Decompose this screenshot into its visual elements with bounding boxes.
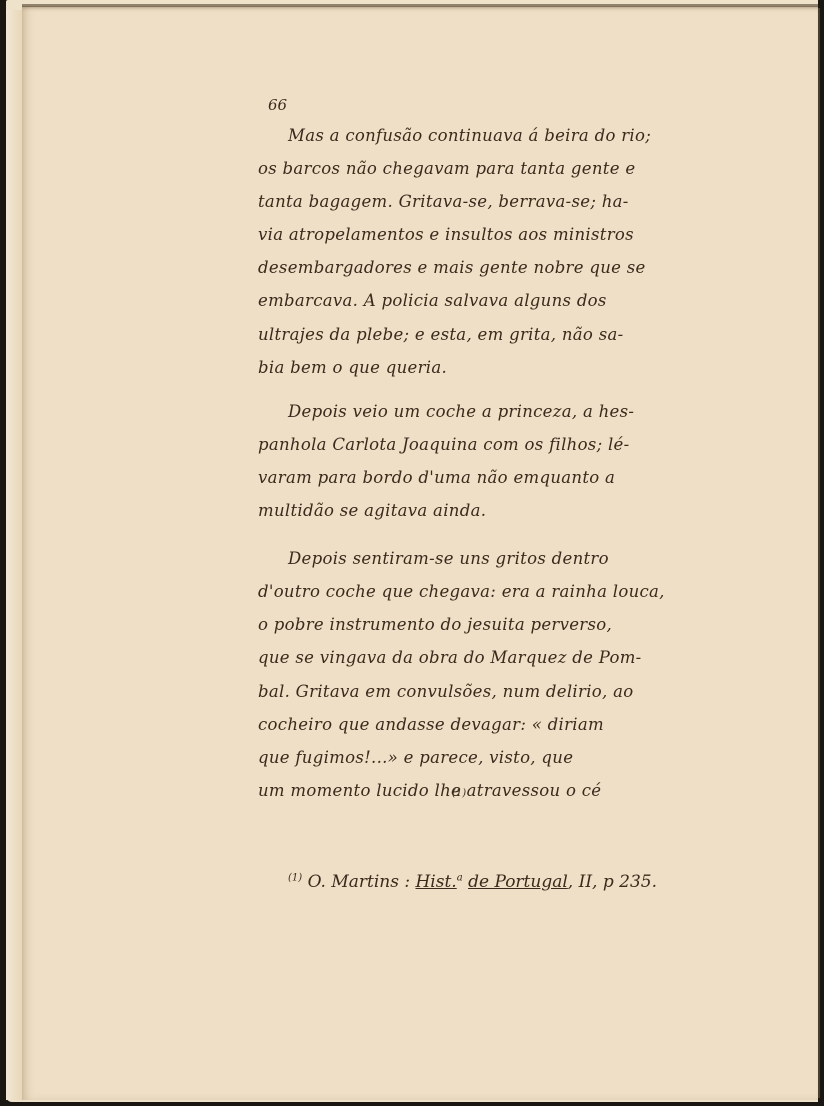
footnote-title-abbrev: Hist. [415, 872, 456, 892]
page-deckled-edge [6, 10, 22, 1100]
footnote-title: de Portugal [468, 872, 568, 892]
text-line: tanta bagagem. Gritava-se, berrava-se; h… [258, 192, 629, 211]
text-line: varam para bordo d'uma não emquanto a [258, 468, 615, 487]
text-line: embarcava. A policia salvava alguns dos [258, 291, 607, 310]
footnote: (1) O. Martins : Hist.a de Portugal, II,… [288, 872, 657, 892]
footnote-marker: (1) [288, 872, 302, 883]
text-line: cocheiro que andasse devagar: « diriam [258, 715, 604, 734]
text-line: que se vingava da obra do Marquez de Pom… [258, 648, 642, 667]
text-line: ultrajes da plebe; e esta, em grita, não… [258, 325, 624, 344]
footnote-title-sup: a [457, 872, 463, 883]
text-line: multidão se agitava ainda. [258, 501, 486, 520]
text-line: os barcos não chegavam para tanta gente … [258, 159, 635, 178]
page-number: 66 [268, 96, 287, 114]
text-line: desembargadores e mais gente nobre que s… [258, 258, 646, 277]
text-line: Depois veio um coche a princeza, a hes- [288, 402, 634, 421]
footnote-volume: , II, [568, 872, 598, 892]
text-line: Depois sentiram-se uns gritos dentro [288, 549, 609, 568]
text-line: d'outro coche que chegava: era a rainha … [258, 582, 665, 601]
footnote-page: p 235. [603, 872, 657, 892]
text-line: bal. Gritava em convulsões, num delirio,… [258, 682, 633, 701]
text-line: o pobre instrumento do jesuita perverso, [258, 615, 612, 634]
text-line: que fugimos!...» e parece, visto, que [258, 748, 573, 767]
text-line: panhola Carlota Joaquina com os filhos; … [258, 435, 630, 454]
text-line: via atropelamentos e insultos aos minist… [258, 225, 634, 244]
footnote-reference-marker: (1) [452, 788, 466, 799]
text-line: bia bem o que queria. [258, 358, 447, 377]
footnote-separator: : [404, 872, 410, 892]
text-line: um momento lucido lhe atravessou o cé [258, 781, 601, 800]
page-right-border [818, 8, 820, 1098]
text-line: Mas a confusão continuava á beira do rio… [288, 126, 651, 145]
footnote-author: O. Martins [308, 872, 399, 892]
manuscript-scan: 66 Mas a confusão continuava á beira do … [0, 0, 824, 1106]
page-top-border [22, 4, 818, 7]
